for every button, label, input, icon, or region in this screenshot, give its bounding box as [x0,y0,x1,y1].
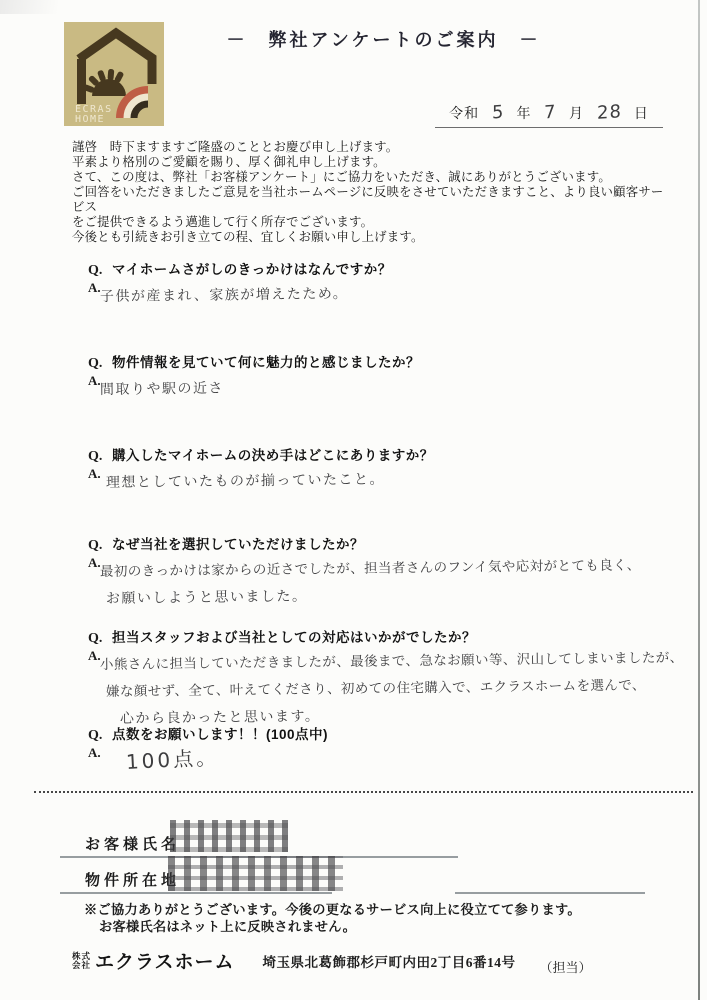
property-location-underline-left [60,892,332,894]
greeting-line: 謹啓 時下ますますご隆盛のこととお慶び申し上げます。 [72,140,673,155]
property-location-underline-right [455,892,645,894]
question-label: Q. [88,263,112,279]
question-text: マイホームさがしのきっかけはなんですか？ [112,258,392,278]
date-row: 令和 5 年 7 月 28 日 [435,102,663,128]
question-text: 担当スタッフおよび当社としての対応はいかがでしたか？ [112,626,476,646]
date-year-label: 年 [517,107,532,122]
greeting-line: 今後とも引続きお引き立ての程、宜しくお願い申し上げます。 [72,230,673,245]
handwritten-answer: 間取りや駅の近さ [100,370,681,404]
question-text: 購入したマイホームの決め手はどこにありますか？ [112,444,434,464]
handwritten-answer: 理想としていたものが揃っていたこと。 [106,463,681,497]
company-footer: 株式 会社 エクラスホーム 埼玉県北葛飾郡杉戸町内田2丁目6番14号 （担当） [72,946,677,976]
question-label: Q. [88,538,112,554]
qa-block-3: Q. 購入したマイホームの決め手はどこにありますか？ A. 理想としていたものが… [88,444,681,497]
date-day-label: 日 [634,107,649,122]
qa-block-6: Q. 点数をお願いします！！(100点中) A. 100点。 [88,723,681,776]
qa-block-5: Q. 担当スタッフおよび当社としての対応はいかがでしたか？ A. 小熊さんに担当… [88,626,681,733]
question-label: Q. [88,631,112,647]
survey-document-page: ECRAS HOME － 弊社アンケートのご案内 － 令和 5 年 7 月 28… [0,0,707,1000]
greeting-line: ご回答をいただきましたご意見を当社ホームページに反映をさせていただきますこと、よ… [72,185,673,215]
qa-block-4: Q. なぜ当社を選択していただけましたか？ A. 最初のきっかけは家からの近さで… [88,533,681,613]
company-name: エクラスホーム [95,947,234,974]
company-prefix-bottom: 会社 [72,961,91,970]
page-title: － 弊社アンケートのご案内 － [130,26,637,52]
scan-artifact-corner [0,0,58,14]
scan-artifact-edge [698,0,700,1000]
question-text: 物件情報を見ていて何に魅力的と感じましたか？ [112,351,420,371]
date-era-label: 令和 [449,107,479,122]
question-label: Q. [88,728,112,744]
company-address: 埼玉県北葛飾郡杉戸町内田2丁目6番14号 [262,951,515,971]
property-location-redacted [168,856,343,891]
qa-block-2: Q. 物件情報を見ていて何に魅力的と感じましたか？ A. 間取りや駅の近さ [88,351,681,404]
date-month-handwritten: 7 [544,102,556,124]
company-prefix: 株式 会社 [72,952,91,970]
contact-person-label: （担当） [539,957,591,976]
dotted-divider [34,791,693,793]
qa-block-1: Q. マイホームさがしのきっかけはなんですか？ A. 子供が産まれ、家族が増えた… [88,258,681,311]
date-month-label: 月 [569,107,584,122]
property-location-label: 物件所在地 [85,869,180,890]
customer-name-redacted [170,820,288,852]
logo-text-home: HOME [75,114,105,125]
date-year-handwritten: 5 [492,102,504,124]
greeting-line: をご提供できるよう邁進して行く所存でございます。 [72,215,673,230]
greeting-paragraph: 謹啓 時下ますますご隆盛のこととお慶び申し上げます。 平素より格別のご愛顧を賜り… [72,140,673,245]
question-label: Q. [88,356,112,372]
greeting-line: さて、この度は、弊社「お客様アンケート」にご協力をいただき、誠にありがとうござい… [72,170,673,185]
footnote-line-2: お客様氏名はネット上に反映されません。 [99,918,581,935]
customer-name-label: お客様氏名 [85,833,180,854]
footnote-line-1: ※ご協力ありがとうございます。今後の更なるサービス向上に役立てて参ります。 [84,901,581,918]
handwritten-answer: 子供が産まれ、家族が増えたため。 [100,277,681,311]
greeting-line: 平素より格別のご愛顧を賜り、厚く御礼申し上げます。 [72,155,673,170]
question-text: なぜ当社を選択していただけましたか？ [112,533,364,553]
handwritten-answer: お願いしようと思いました。 [106,579,681,613]
date-day-handwritten: 28 [597,101,622,124]
question-label: Q. [88,449,112,465]
footnote: ※ご協力ありがとうございます。今後の更なるサービス向上に役立てて参ります。 お客… [84,901,581,935]
